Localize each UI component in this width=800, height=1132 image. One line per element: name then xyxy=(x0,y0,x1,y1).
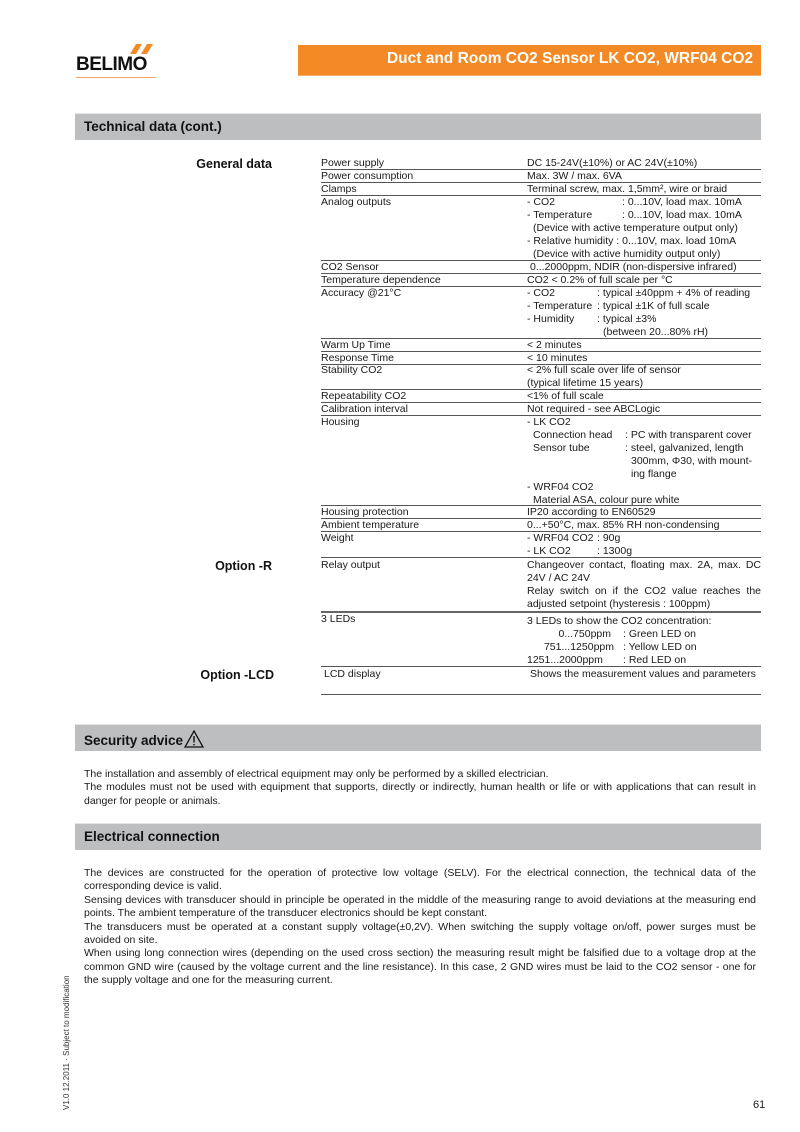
paragraph: The transducers must be operated at a co… xyxy=(84,921,756,948)
sub-label: Sensor tube xyxy=(533,442,625,455)
led-range: 0...750ppm xyxy=(527,628,623,641)
sub-value: : typical ±40ppm + 4% of reading xyxy=(597,287,750,300)
logo-slashes-icon xyxy=(128,44,158,54)
section-security-advice: Security advice xyxy=(75,724,761,751)
value-line: 3 LEDs to show the CO2 concentration: xyxy=(527,615,761,628)
led-state: : Green LED on xyxy=(623,628,696,641)
row-label: Analog outputs xyxy=(321,196,391,209)
row-label: 3 LEDs xyxy=(321,613,355,626)
sub-value: : 0...10V, load max. 10mA xyxy=(622,209,742,222)
led-range: 751...1250ppm xyxy=(527,641,623,654)
value-line: < 2% full scale over life of sensor xyxy=(527,364,761,377)
paragraph: Sensing devices with transducer should i… xyxy=(84,894,756,921)
section-title: Electrical connection xyxy=(84,829,220,844)
row-value: Changeover contact, floating max. 2A, ma… xyxy=(527,559,761,611)
group-option-r: Option -R xyxy=(152,559,272,573)
sub-label: - CO2 xyxy=(527,287,597,300)
row-value: - LK CO2 Connection head: PC with transp… xyxy=(527,416,761,507)
sub-value: : typical ±1K of full scale xyxy=(597,300,710,313)
security-text: The installation and assembly of electri… xyxy=(84,768,756,808)
page-number: 61 xyxy=(753,1099,765,1111)
warning-icon xyxy=(184,730,204,748)
divider xyxy=(321,557,761,558)
value-line: 300mm, Φ30, with mount- xyxy=(527,455,761,468)
value-line: Changeover contact, floating max. 2A, ma… xyxy=(527,559,761,585)
divider xyxy=(321,694,761,695)
row-value: < 2% full scale over life of sensor (typ… xyxy=(527,364,761,390)
value-line: ing flange xyxy=(527,468,761,481)
sub-label: Connection head xyxy=(533,429,625,442)
sub-label: - Temperature xyxy=(527,209,622,222)
row-value: - CO2: 0...10V, load max. 10mA - Tempera… xyxy=(527,196,761,261)
value-line: - WRF04 CO2 xyxy=(527,481,761,494)
paragraph: The installation and assembly of electri… xyxy=(84,768,756,781)
document-title: Duct and Room CO2 Sensor LK CO2, WRF04 C… xyxy=(387,50,753,68)
section-title-text: Security advice xyxy=(84,733,183,748)
sub-value: : steel, galvanized, length xyxy=(625,442,744,455)
section-technical-data: Technical data (cont.) xyxy=(75,113,761,140)
sub-value: : PC with transparent cover xyxy=(625,429,752,442)
brand-name: BELIMO xyxy=(76,54,147,76)
row-label: Stability CO2 xyxy=(321,364,382,377)
sub-value: : 90g xyxy=(597,532,620,545)
row-label: LCD display xyxy=(324,668,381,681)
row-label: Housing xyxy=(321,416,360,429)
value-line: Relay switch on if the CO2 value reaches… xyxy=(527,585,761,611)
sub-note: (Device with active temperature output o… xyxy=(527,222,761,235)
belimo-logo: BELIMO xyxy=(76,44,160,78)
row-label: Weight xyxy=(321,532,354,545)
sub-line: - Relative humidity : 0...10V, max. load… xyxy=(527,235,761,248)
group-general-data: General data xyxy=(152,157,272,171)
row-value: - WRF04 CO2: 90g - LK CO2: 1300g xyxy=(527,532,761,558)
row-value: - CO2: typical ±40ppm + 4% of reading - … xyxy=(527,287,761,339)
sub-value: : typical ±3% xyxy=(597,313,656,326)
sub-label: - Humidity xyxy=(527,313,597,326)
electrical-text: The devices are constructed for the oper… xyxy=(84,867,756,988)
group-option-lcd: Option -LCD xyxy=(154,668,274,682)
paragraph: The modules must not be used with equipm… xyxy=(84,781,756,808)
divider xyxy=(321,666,761,667)
sub-label: - Temperature xyxy=(527,300,597,313)
led-state: : Yellow LED on xyxy=(623,641,697,654)
row-label: Relay output xyxy=(321,559,380,572)
row-label: Accuracy @21°C xyxy=(321,287,401,300)
divider xyxy=(321,611,761,613)
sub-value: : 0...10V, load max. 10mA xyxy=(622,196,742,209)
section-title: Security advice xyxy=(84,730,204,748)
sub-label: - CO2 xyxy=(527,196,622,209)
logo-underline xyxy=(76,77,156,78)
paragraph: The devices are constructed for the oper… xyxy=(84,867,756,894)
title-bar: Duct and Room CO2 Sensor LK CO2, WRF04 C… xyxy=(298,45,761,76)
row-value: Shows the measurement values and paramet… xyxy=(530,668,761,681)
row-value: 3 LEDs to show the CO2 concentration: 0.… xyxy=(527,615,761,667)
version-note: V1.0 12.2011 · Subject to modification xyxy=(62,975,71,1110)
section-electrical-connection: Electrical connection xyxy=(75,823,761,850)
paragraph: When using long connection wires (depend… xyxy=(84,947,756,987)
section-title: Technical data (cont.) xyxy=(84,119,222,134)
sub-label: - WRF04 CO2 xyxy=(527,532,597,545)
value-line: - LK CO2 xyxy=(527,416,761,429)
